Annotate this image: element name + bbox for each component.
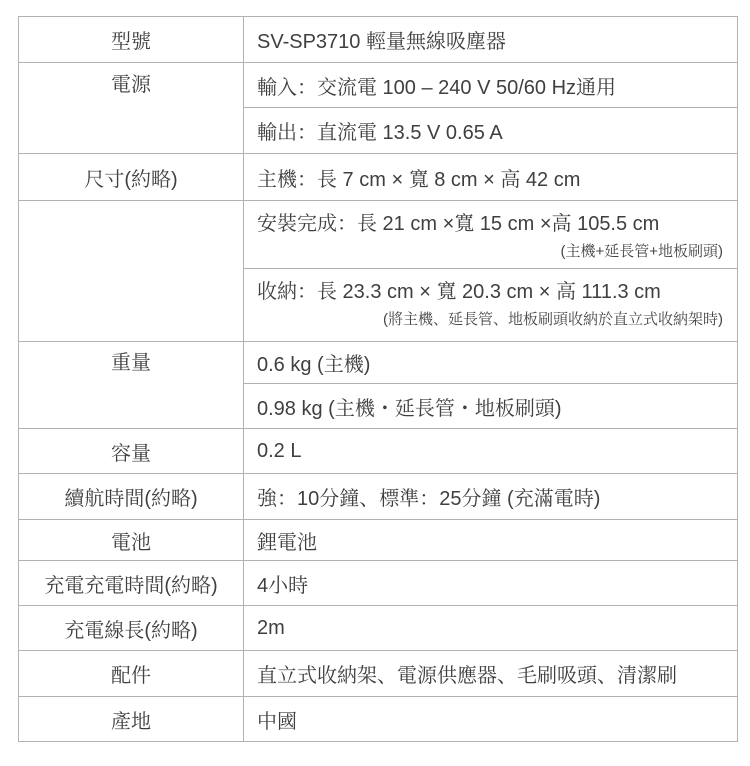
spec-table: 型號 SV-SP3710 輕量無線吸塵器 電源 輸入：交流電 100 – 240… [18,16,738,742]
spec-page: 型號 SV-SP3710 輕量無線吸塵器 電源 輸入：交流電 100 – 240… [0,0,750,766]
capacity-value: 0.2 L [244,429,738,474]
weight-main-value: 0.6 kg (主機) [244,342,738,384]
power-output-value: 輸出：直流電 13.5 V 0.65 A [244,108,738,154]
table-row: 續航時間(約略) 強：10分鐘、標準：25分鐘 (充滿電時) [19,474,738,520]
battery-label: 電池 [19,520,244,561]
dimensions-label: 尺寸(約略) [19,154,244,201]
weight-full-value: 0.98 kg (主機・延長管・地板刷頭) [244,384,738,429]
capacity-label: 容量 [19,429,244,474]
table-row: 重量 0.6 kg (主機) [19,342,738,384]
table-row: 電池 鋰電池 [19,520,738,561]
dimensions-empty-cell [19,201,244,342]
model-label: 型號 [19,17,244,63]
origin-label: 產地 [19,697,244,742]
cord-length-value: 2m [244,606,738,651]
cord-length-label: 充電線長(約略) [19,606,244,651]
table-row: 容量 0.2 L [19,429,738,474]
charge-time-value: 4小時 [244,561,738,606]
table-row: 安裝完成：長 21 cm ×寬 15 cm ×高 105.5 cm (主機+延長… [19,201,738,269]
table-row: 配件 直立式收納架、電源供應器、毛刷吸頭、清潔刷 [19,651,738,697]
table-row: 尺寸(約略) 主機：長 7 cm × 寬 8 cm × 高 42 cm [19,154,738,201]
weight-label: 重量 [19,342,244,429]
dimensions-assembled-value: 安裝完成：長 21 cm ×寬 15 cm ×高 105.5 cm [257,210,723,239]
table-row: 充電充電時間(約略) 4小時 [19,561,738,606]
power-input-value: 輸入：交流電 100 – 240 V 50/60 Hz通用 [244,63,738,108]
battery-value: 鋰電池 [244,520,738,561]
dimensions-assembled-cell: 安裝完成：長 21 cm ×寬 15 cm ×高 105.5 cm (主機+延長… [244,201,738,269]
table-row: 產地 中國 [19,697,738,742]
origin-value: 中國 [244,697,738,742]
dimensions-storage-value: 收納：長 23.3 cm × 寬 20.3 cm × 高 111.3 cm [257,278,723,307]
dimensions-main-unit-value: 主機：長 7 cm × 寬 8 cm × 高 42 cm [244,154,738,201]
dimensions-storage-cell: 收納：長 23.3 cm × 寬 20.3 cm × 高 111.3 cm (將… [244,269,738,342]
table-row: 電源 輸入：交流電 100 – 240 V 50/60 Hz通用 [19,63,738,108]
table-row: 充電線長(約略) 2m [19,606,738,651]
accessories-value: 直立式收納架、電源供應器、毛刷吸頭、清潔刷 [244,651,738,697]
model-value: SV-SP3710 輕量無線吸塵器 [244,17,738,63]
accessories-label: 配件 [19,651,244,697]
charge-time-label: 充電充電時間(約略) [19,561,244,606]
dimensions-storage-note: (將主機、延長管、地板刷頭收納於直立式收納架時) [257,307,723,332]
table-row: 型號 SV-SP3710 輕量無線吸塵器 [19,17,738,63]
runtime-value: 強：10分鐘、標準：25分鐘 (充滿電時) [244,474,738,520]
power-label: 電源 [19,63,244,154]
dimensions-assembled-note: (主機+延長管+地板刷頭) [257,239,723,264]
runtime-label: 續航時間(約略) [19,474,244,520]
